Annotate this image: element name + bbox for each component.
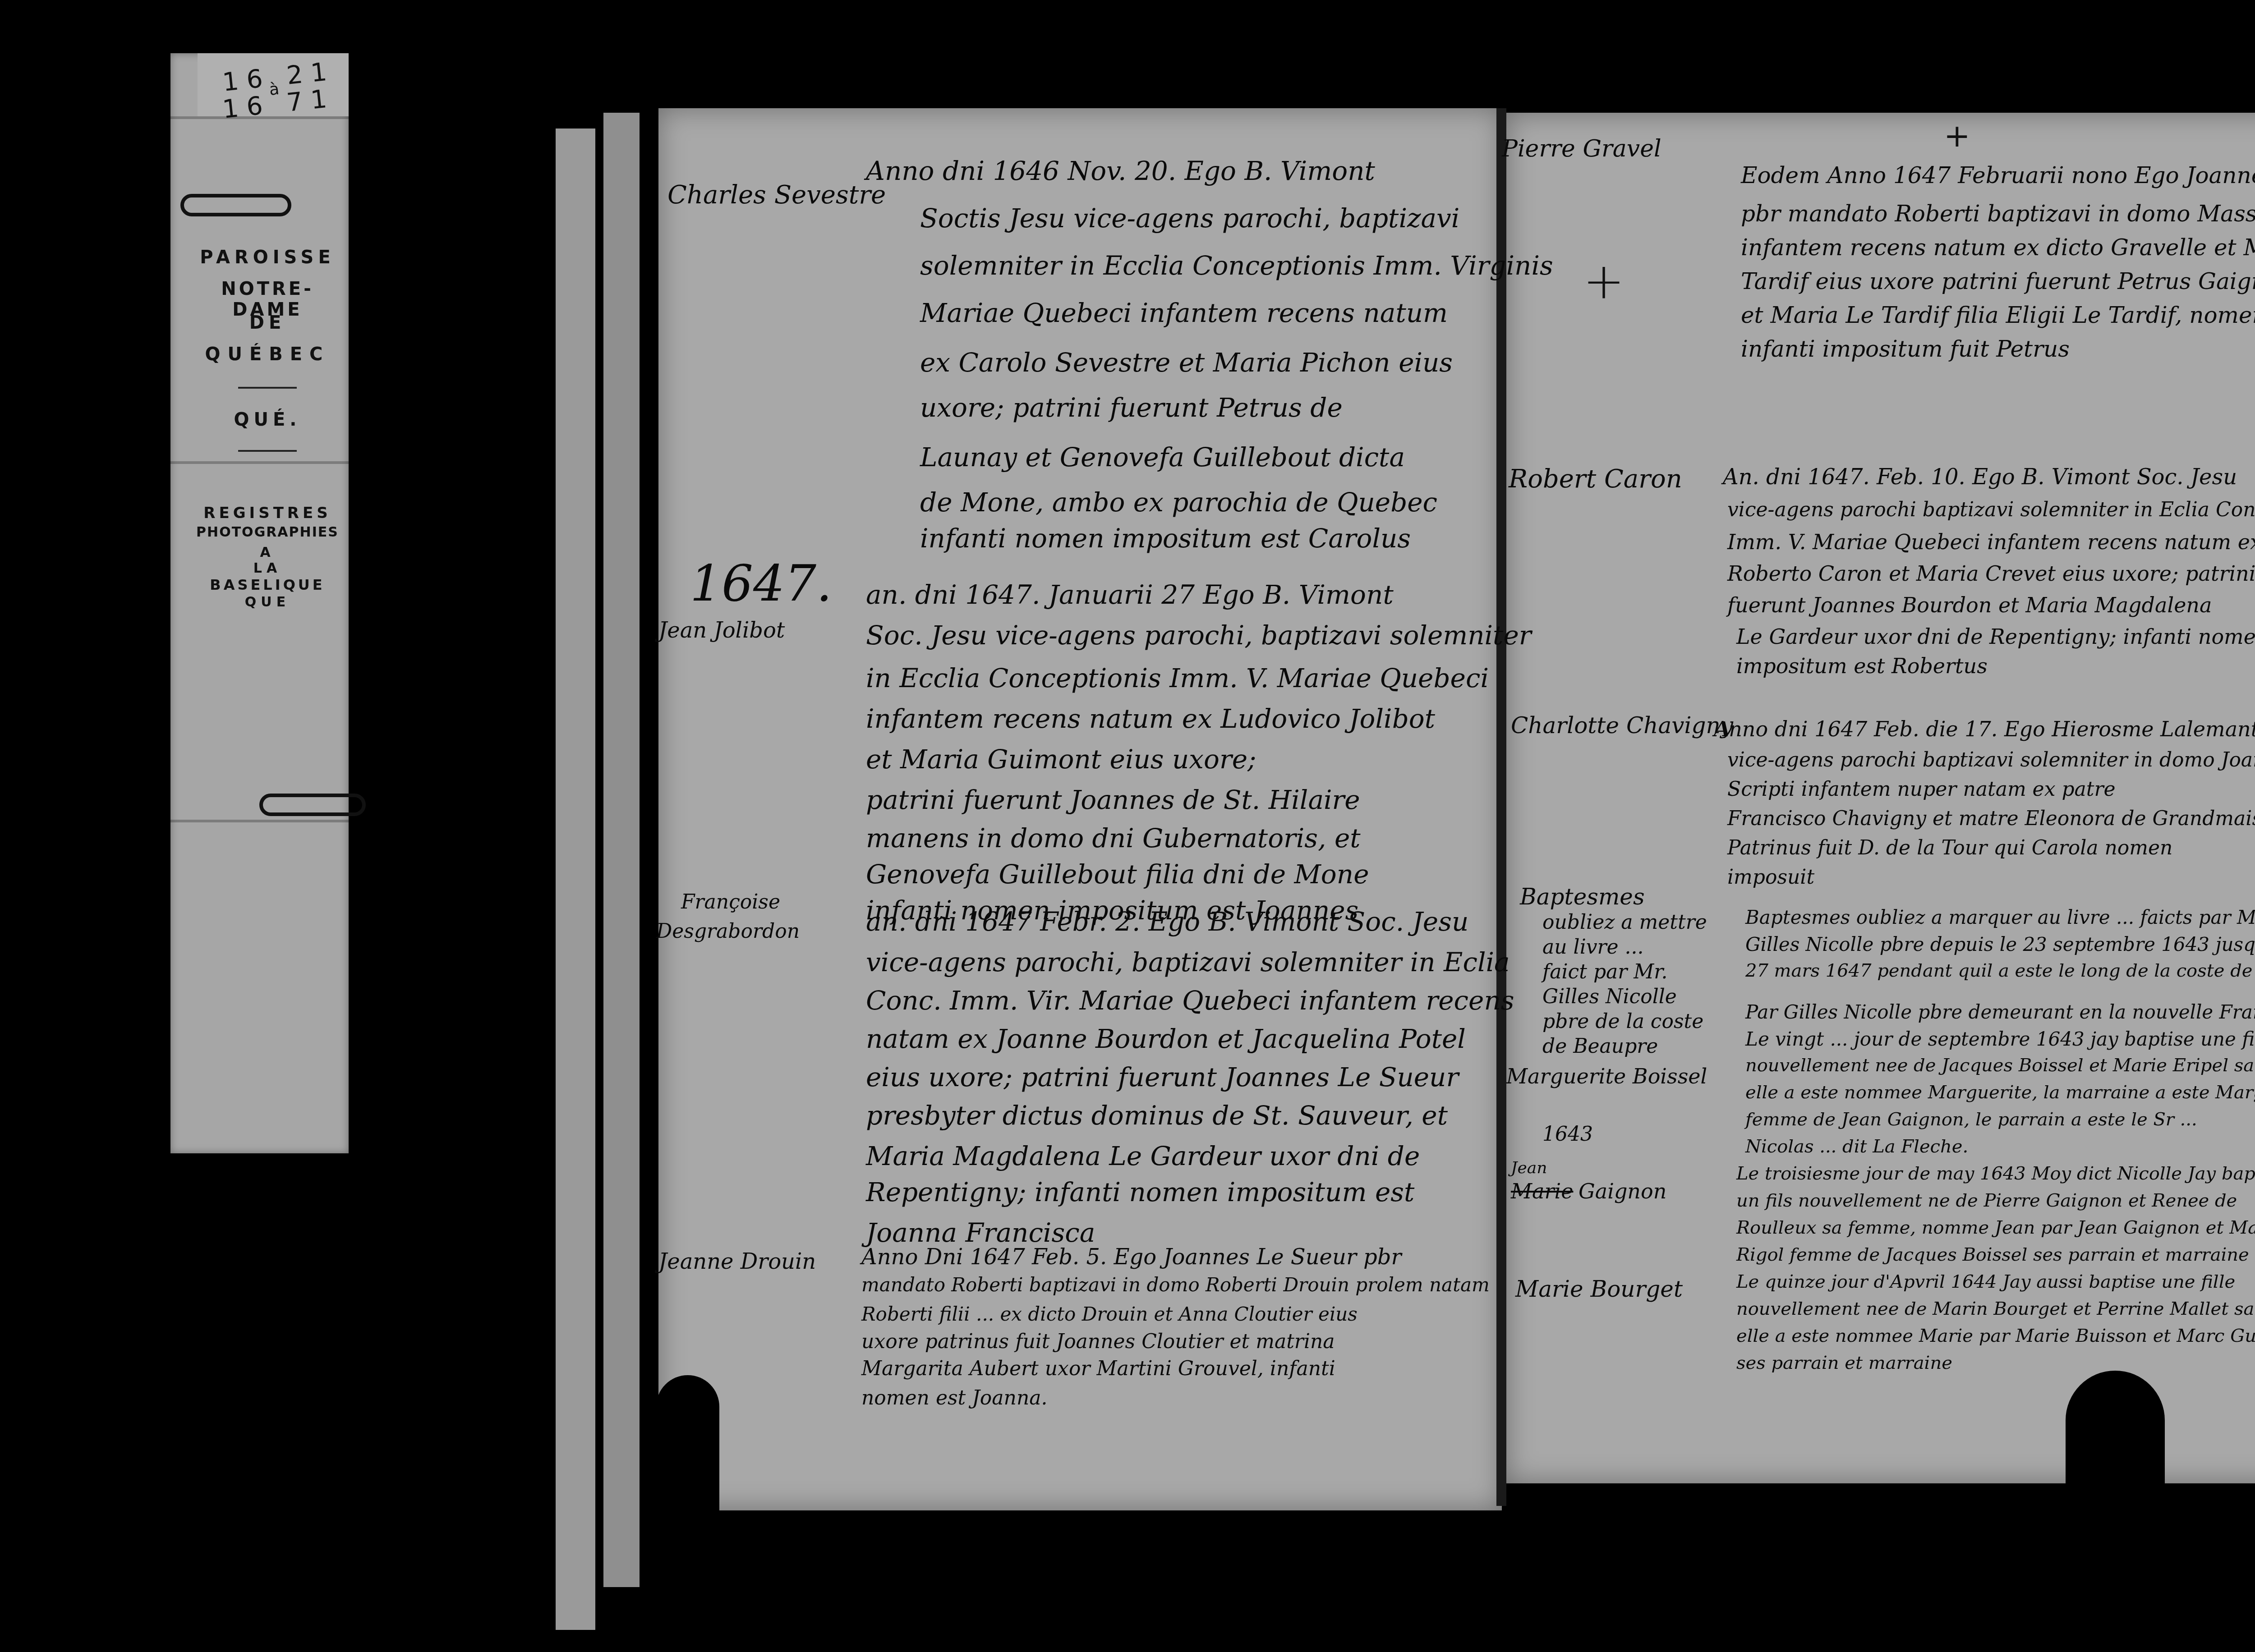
margin-name-entry-2: Jean Jolibot	[658, 618, 785, 643]
margin-name-entry-3a: Françoise	[681, 890, 780, 913]
r1-line-1: Eodem Anno 1647 Februarii nono Ego Joann…	[1741, 162, 2255, 188]
thumb-shadow-left	[656, 1375, 719, 1610]
margin-note-r4-3: au livre ...	[1542, 936, 1644, 959]
r4-line-6: nouvellement nee de Jacques Boissel et M…	[1745, 1055, 2255, 1076]
entry-1-line-8: de Mone, ambo ex parochia de Quebec	[920, 487, 1437, 518]
r3-line-6: imposuit	[1727, 866, 1814, 889]
entry-4-line-3: Roberti filii ... ex dicto Drouin et Ann…	[861, 1303, 1358, 1325]
r3-line-4: Francisco Chavigny et matre Eleonora de …	[1727, 807, 2255, 830]
cross-mark-margin: +	[1583, 252, 1625, 310]
year-heading-1647: 1647.	[690, 555, 832, 612]
r4-line-4: Par Gilles Nicolle pbre demeurant en la …	[1745, 1001, 2255, 1023]
entry-1-line-9: infanti nomen impositum est Carolus	[920, 523, 1411, 554]
r4-line-9: Nicolas ... dit La Fleche.	[1745, 1136, 1968, 1157]
r1-line-2: pbr mandato Roberti baptizavi in domo Ma…	[1741, 201, 2255, 227]
label-a: A	[189, 545, 346, 560]
r2-line-5: fuerunt Joannes Bourdon et Maria Magdale…	[1727, 593, 2212, 617]
entry-1-line-1: Anno dni 1646 Nov. 20. Ego B. Vimont	[866, 156, 1375, 186]
margin-name-r7: Marie Bourget	[1515, 1276, 1683, 1302]
margin-name-r6: Gaignon	[1578, 1179, 1666, 1203]
entry-2-line-6: patrini fuerunt Joannes de St. Hilaire	[866, 785, 1360, 815]
index-label-card: 16 21 à 16 71 PAROISSE NOTRE-DAME DE QUÉ…	[170, 53, 349, 1153]
margin-name-r1: Pierre Gravel	[1502, 135, 1661, 162]
entry-3-line-7: Maria Magdalena Le Gardeur uxor dni de	[866, 1141, 1420, 1171]
r1-line-3: infantem recens natum ex dicto Gravelle …	[1741, 234, 2255, 261]
label-baselique: BASELIQUE	[189, 576, 346, 593]
entry-3-line-1: an. dni 1647 Febr. 2. Ego B. Vimont Soc.…	[866, 906, 1468, 937]
margin-name-r6-struck: Marie	[1511, 1179, 1573, 1203]
entry-4-line-1: Anno Dni 1647 Feb. 5. Ego Joannes Le Sue…	[861, 1244, 1402, 1270]
margin-note-r4-7: de Beaupre	[1542, 1035, 1658, 1058]
r1-line-6: infanti impositum fuit Petrus	[1741, 336, 2070, 362]
cross-mark-top: +	[1944, 117, 1970, 154]
paper-clip-top	[180, 194, 291, 216]
r4-line-5: Le vingt ... jour de septembre 1643 jay …	[1745, 1028, 2255, 1050]
label-parish: PAROISSE	[189, 247, 346, 268]
entry-1-line-3: solemniter in Ecclia Conceptionis Imm. V…	[920, 250, 1553, 281]
entry-2-line-4: infantem recens natum ex Ludovico Jolibo…	[866, 703, 1435, 734]
r3-line-3: Scripti infantem nuper natam ex patre	[1727, 778, 2116, 801]
margin-name-r5: Marguerite Boissel	[1506, 1064, 1707, 1088]
label-registres: REGISTRES	[189, 504, 346, 522]
entry-3-line-8: Repentigny; infanti nomen impositum est	[866, 1177, 1414, 1207]
margin-name-r3: Charlotte Chavigny	[1511, 712, 1733, 739]
label-fold-3	[170, 820, 349, 822]
r6-line-1: Le troisiesme jour de may 1643 Moy dict …	[1736, 1163, 2255, 1184]
entry-1-line-5: ex Carolo Sevestre et Maria Pichon eius	[920, 347, 1453, 378]
r4-line-1: Baptesmes oubliez a marquer au livre ...…	[1745, 906, 2255, 928]
entry-1-line-2: Soctis Jesu vice-agens parochi, baptizav…	[920, 203, 1459, 234]
year-note-1643: 1643	[1542, 1123, 1593, 1146]
margin-name-entry-3b: Desgrabordon	[656, 920, 800, 943]
r4-line-2: Gilles Nicolle pbre depuis le 23 septemb…	[1745, 933, 2255, 955]
entry-2-line-7: manens in domo dni Gubernatoris, et	[866, 823, 1361, 854]
margin-note-r4-1: Baptesmes	[1520, 884, 1645, 910]
entry-4-line-6: nomen est Joanna.	[861, 1386, 1047, 1409]
entry-1-line-6: uxore; patrini fuerunt Petrus de	[920, 392, 1343, 423]
entry-2-line-5: et Maria Guimont eius uxore;	[866, 744, 1256, 775]
entry-3-line-6: presbyter dictus dominus de St. Sauveur,…	[866, 1100, 1448, 1131]
entry-3-line-4: natam ex Joanne Bourdon et Jacquelina Po…	[866, 1023, 1466, 1054]
label-photographies: PHOTOGRAPHIES	[189, 524, 346, 540]
entry-2-line-2: Soc. Jesu vice-agens parochi, baptizavi …	[866, 620, 1531, 651]
r2-line-7: impositum est Robertus	[1736, 654, 1988, 678]
entry-4-line-4: uxore patrinus fuit Joannes Cloutier et …	[861, 1330, 1335, 1353]
margin-note-r4-5: Gilles Nicolle	[1542, 985, 1677, 1008]
r2-line-4: Roberto Caron et Maria Crevet eius uxore…	[1727, 561, 2255, 586]
margin-name-r2: Robert Caron	[1509, 464, 1682, 494]
r3-line-1: Anno dni 1647 Feb. die 17. Ego Hierosme …	[1714, 717, 2255, 741]
entry-1-line-4: Mariae Quebeci infantem recens natum	[920, 298, 1448, 328]
margin-name-entry-1: Charles Sevestre	[667, 180, 886, 210]
r7-line-3: elle a este nommee Marie par Marie Buiss…	[1736, 1326, 2255, 1346]
r2-line-2: vice-agens parochi baptizavi solemniter …	[1727, 498, 2255, 521]
r7-line-4: ses parrain et marraine	[1736, 1353, 1952, 1373]
entry-4-line-5: Margarita Aubert uxor Martini Grouvel, i…	[861, 1357, 1335, 1380]
margin-name-r6-inserted: Jean	[1511, 1159, 1547, 1177]
r1-line-5: et Maria Le Tardif filia Eligii Le Tardi…	[1741, 302, 2255, 328]
entry-2-line-3: in Ecclia Conceptionis Imm. V. Mariae Qu…	[866, 663, 1489, 693]
r4-line-3: 27 mars 1647 pendant quil a este le long…	[1745, 960, 2255, 981]
margin-note-r4-6: pbre de la coste	[1542, 1010, 1703, 1033]
label-city: QUÉBEC	[189, 344, 346, 365]
label-fold	[170, 116, 349, 119]
label-que: QUE	[189, 594, 346, 610]
r4-line-7: elle a este nommee Marguerite, la marrai…	[1745, 1082, 2255, 1103]
r7-line-2: nouvellement nee de Marin Bourget et Per…	[1736, 1299, 2255, 1319]
margin-note-r4-4: faict par Mr.	[1542, 960, 1668, 983]
r2-line-3: Imm. V. Mariae Quebeci infantem recens n…	[1727, 530, 2255, 554]
label-separator-1	[238, 387, 297, 389]
label-de: DE	[189, 312, 346, 333]
entry-1-line-7: Launay et Genovefa Guillebout dicta	[920, 442, 1405, 473]
label-fold-2	[170, 461, 349, 464]
r6-line-3: Roulleux sa femme, nomme Jean par Jean G…	[1736, 1217, 2255, 1238]
r1-line-4: Tardif eius uxore patrini fuerunt Petrus…	[1741, 268, 2255, 294]
label-la: LA	[189, 560, 346, 576]
page-edge-2	[603, 113, 640, 1587]
r2-line-1: An. dni 1647. Feb. 10. Ego B. Vimont Soc…	[1723, 464, 2237, 490]
entry-3-line-2: vice-agens parochi, baptizavi solemniter…	[866, 947, 1510, 977]
entry-3-line-5: eius uxore; patrini fuerunt Joannes Le S…	[866, 1062, 1459, 1092]
margin-note-r4-2: oubliez a mettre	[1542, 911, 1707, 934]
r6-line-4: Rigol femme de Jacques Boissel ses parra…	[1736, 1244, 2249, 1265]
paper-clip-bottom	[259, 794, 366, 816]
entry-2-line-8: Genovefa Guillebout filia dni de Mone	[866, 859, 1369, 890]
book-gutter	[1496, 108, 1506, 1506]
page-edge-1	[556, 128, 595, 1630]
r3-line-2: vice-agens parochi baptizavi solemniter …	[1727, 748, 2255, 771]
entry-2-line-1: an. dni 1647. Januarii 27 Ego B. Vimont	[866, 579, 1394, 610]
entry-3-line-9: Joanna Francisca	[866, 1217, 1095, 1248]
r6-line-2: un fils nouvellement ne de Pierre Gaigno…	[1736, 1190, 2237, 1211]
entry-3-line-3: Conc. Imm. Vir. Mariae Quebeci infantem …	[866, 985, 1514, 1016]
thumb-shadow-right	[2066, 1371, 2165, 1506]
label-province: QUÉ.	[189, 409, 346, 430]
entry-4-line-2: mandato Roberti baptizavi in domo Robert…	[861, 1274, 1490, 1296]
r7-line-1: Le quinze jour d'Apvril 1644 Jay aussi b…	[1736, 1271, 2235, 1292]
r2-line-6: Le Gardeur uxor dni de Repentigny; infan…	[1736, 624, 2255, 649]
r3-line-5: Patrinus fuit D. de la Tour qui Carola n…	[1727, 836, 2172, 859]
label-separator-2	[238, 450, 297, 452]
r4-line-8: femme de Jean Gaignon, le parrain a este…	[1745, 1109, 2197, 1130]
margin-name-entry-4: Jeanne Drouin	[658, 1249, 816, 1274]
